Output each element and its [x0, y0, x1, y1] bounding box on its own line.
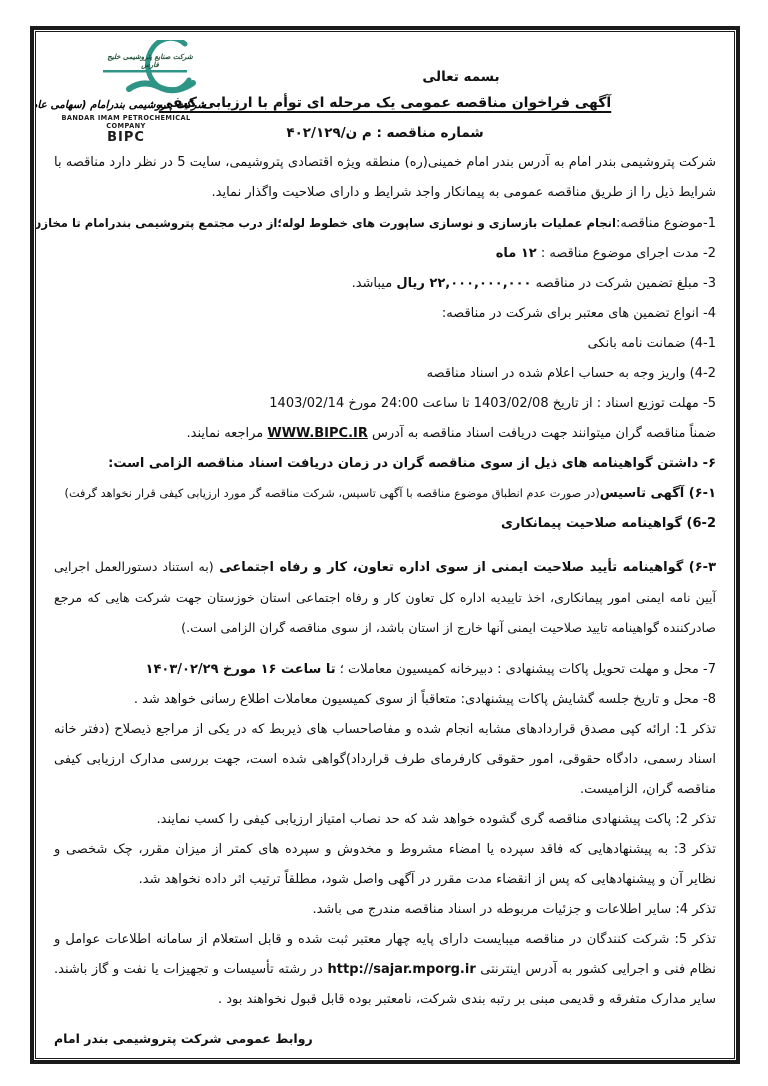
website-note-prefix: ضمناً مناقصه گران میتوانند جهت دریافت اس… — [368, 426, 716, 441]
establishment-notice-note: (در صورت عدم انطباق موضوع مناقصه با آگهی… — [65, 487, 600, 500]
item-subject: 1-موضوع مناقصه:انجام عملیات بازسازی و نو… — [54, 208, 716, 239]
item-guarantee-amount: 3- مبلغ تضمین شرکت در مناقصه ۲۲,۰۰۰,۰۰۰,… — [54, 269, 716, 299]
item-required-certificates: ۶- داشتن گواهینامه های ذیل از سوی مناقصه… — [54, 449, 716, 479]
bipc-url: WWW.BIPC.IR — [267, 426, 368, 441]
subitem-contractor-qualification: 6-2) گواهینامه صلاحیت پیمانکاری — [54, 509, 716, 539]
company-name-fa: شرکت پتروشیمی بندرامام (سهامی عام) — [46, 99, 206, 111]
proposal-delivery-label: 7- محل و مهلت تحویل پاکات پیشنهادی : دبی… — [336, 662, 716, 677]
subitem-bank-guarantee: 4-1) ضمانت نامه بانکی — [54, 329, 716, 359]
website-note: ضمناً مناقصه گران میتوانند جهت دریافت اس… — [54, 419, 716, 449]
safety-certificate-label: ۶-۳) گواهینامه تأیید صلاحیت ایمنی از سوی… — [214, 560, 716, 575]
item-guarantee-label: 3- مبلغ تضمین شرکت در مناقصه — [532, 276, 717, 291]
website-note-suffix: مراجعه نمایند. — [186, 426, 267, 441]
item-guarantee-value: ۲۲,۰۰۰,۰۰۰,۰۰۰ ریال — [396, 276, 531, 291]
item-duration-label: 2- مدت اجرای موضوع مناقصه : — [537, 246, 716, 261]
note-2: تذکر 2: پاکت پیشنهادی مناقصه گری گشوده خ… — [54, 805, 716, 835]
page-frame: شرکت صنایع پتروشیمی خلیج فارس شرکت پتروش… — [30, 26, 740, 1064]
page-border-inner: شرکت صنایع پتروشیمی خلیج فارس شرکت پتروش… — [35, 31, 735, 1059]
item-guarantee-types: 4- انواع تضمین های معتبر برای شرکت در من… — [54, 299, 716, 329]
note-4: تذکر 4: سایر اطلاعات و جزئیات مربوطه در … — [54, 895, 716, 925]
besmeh-line: بسمه تعالی — [130, 66, 735, 88]
subitem-establishment-notice: ۶-۱) آگهی تاسیس(در صورت عدم انطباق موضوع… — [54, 479, 716, 509]
item-duration: 2- مدت اجرای موضوع مناقصه : ۱۲ ماه — [54, 239, 716, 269]
note-5: تذکر 5: شرکت کنندگان در مناقصه میبایست د… — [54, 925, 716, 1015]
note-1: تذکر 1: ارائه کپی مصدق قراردادهای مشابه … — [54, 715, 716, 805]
item-doc-distribution-deadline: 5- مهلت توزیع اسناد : از تاریخ 1403/02/0… — [54, 389, 716, 419]
note-3: تذکر 3: به پیشنهادهایی که فاقد سپرده یا … — [54, 835, 716, 895]
item-subject-label: 1-موضوع مناقصه: — [616, 216, 716, 231]
item-guarantee-suffix: میباشد. — [352, 276, 397, 291]
establishment-notice-label: ۶-۱) آگهی تاسیس — [600, 486, 716, 501]
subitem-safety-certificate: ۶-۳) گواهینامه تأیید صلاحیت ایمنی از سوی… — [54, 552, 716, 643]
company-logo: شرکت صنایع پتروشیمی خلیج فارس شرکت پتروش… — [46, 40, 206, 145]
intro-paragraph: شرکت پتروشیمی بندر امام به آدرس بندر اما… — [54, 148, 716, 208]
item-duration-value: ۱۲ ماه — [496, 246, 537, 261]
company-abbr: BIPC — [46, 130, 206, 145]
sajar-url: http://sajar.mporg.ir — [328, 962, 476, 977]
footer-signature: روابط عمومی شرکت پتروشیمی بندر امام — [54, 1031, 716, 1046]
subitem-deposit: 4-2) واریز وجه به حساب اعلام شده در اسنا… — [54, 359, 716, 389]
item-opening-session: 8- محل و تاریخ جلسه گشایش پاکات پیشنهادی… — [54, 685, 716, 715]
item-proposal-delivery: 7- محل و مهلت تحویل پاکات پیشنهادی : دبی… — [54, 655, 716, 685]
item-subject-value: انجام عملیات بازسازی و نوسازی ساپورت های… — [35, 216, 616, 230]
company-name-en: BANDAR IMAM PETROCHEMICAL COMPANY — [46, 114, 206, 130]
proposal-delivery-deadline: تا ساعت ۱۶ مورخ ۱۴۰۳/۰۲/۲۹ — [146, 662, 336, 677]
